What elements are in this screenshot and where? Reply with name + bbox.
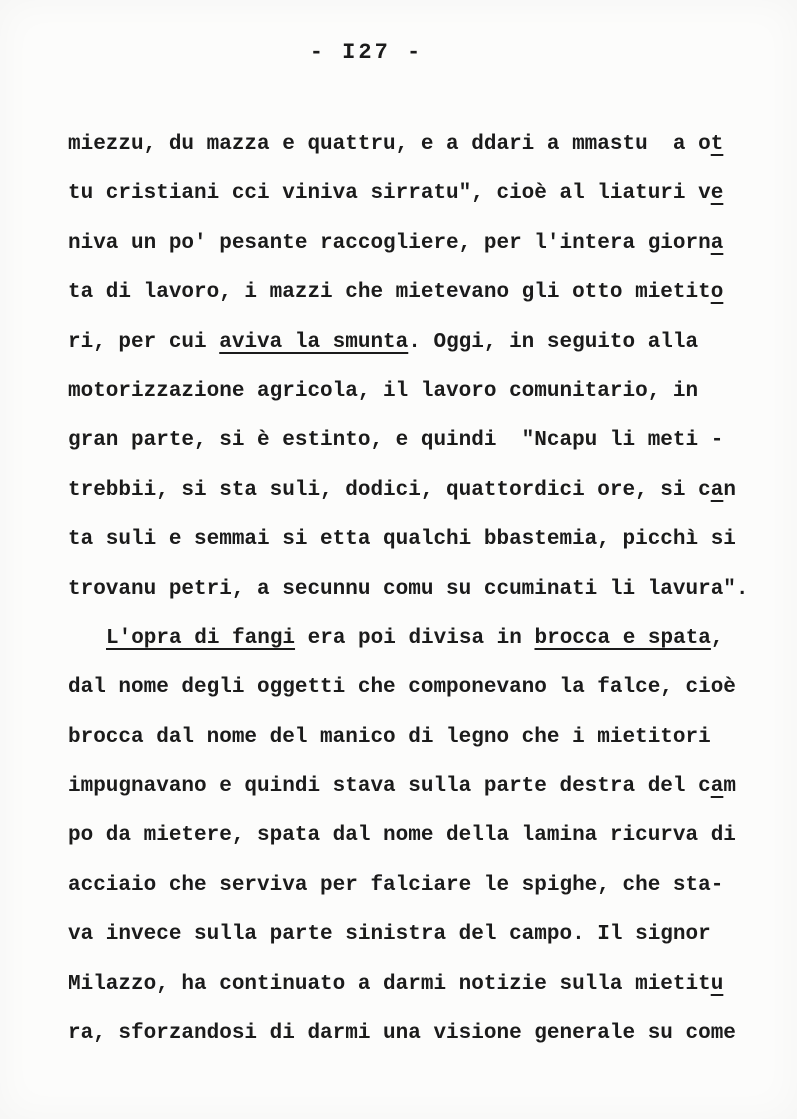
page-text: miezzu, du mazza e quattru, e a ddari a … xyxy=(68,120,748,1058)
text-segment: m xyxy=(723,775,736,798)
text-segment: acciaio che serviva per falciare le spig… xyxy=(68,874,723,897)
text-line: acciaio che serviva per falciare le spig… xyxy=(68,861,748,910)
text-line: ta suli e semmai si etta qualchi bbastem… xyxy=(68,515,748,564)
text-line: brocca dal nome del manico di legno che … xyxy=(68,713,748,762)
underlined-text-segment: a xyxy=(711,479,724,502)
text-segment: trovanu petri, a secunnu comu su ccumina… xyxy=(68,578,749,601)
text-line: ra, sforzandosi di darmi una visione gen… xyxy=(68,1009,748,1058)
text-line: trebbii, si sta suli, dodici, quattordic… xyxy=(68,466,748,515)
text-segment: . Oggi, in seguito alla xyxy=(408,331,698,354)
text-segment: n xyxy=(723,479,736,502)
text-line: trovanu petri, a secunnu comu su ccumina… xyxy=(68,565,748,614)
text-segment: ri, per cui xyxy=(68,331,219,354)
underlined-text-segment: aviva la smunta xyxy=(219,331,408,354)
text-line: miezzu, du mazza e quattru, e a ddari a … xyxy=(68,120,748,169)
underlined-text-segment: L'opra di fangi xyxy=(106,627,295,650)
text-line: po da mietere, spata dal nome della lami… xyxy=(68,811,748,860)
text-line: dal nome degli oggetti che componevano l… xyxy=(68,663,748,712)
document-page: - I27 - miezzu, du mazza e quattru, e a … xyxy=(0,0,797,1119)
text-line: tu cristiani cci viniva sirratu", cioè a… xyxy=(68,169,748,218)
text-line: ri, per cui aviva la smunta. Oggi, in se… xyxy=(68,318,748,367)
text-segment: era poi divisa in xyxy=(295,627,534,650)
page-number: - I27 - xyxy=(0,40,765,65)
text-segment: impugnavano e quindi stava sulla parte d… xyxy=(68,775,711,798)
underlined-text-segment: u xyxy=(711,973,724,996)
text-line: impugnavano e quindi stava sulla parte d… xyxy=(68,762,748,811)
text-line: motorizzazione agricola, il lavoro comun… xyxy=(68,367,748,416)
text-segment: brocca dal nome del manico di legno che … xyxy=(68,726,711,749)
text-segment: va invece sulla parte sinistra del campo… xyxy=(68,923,711,946)
underlined-text-segment: o xyxy=(711,281,724,304)
text-line: gran parte, si è estinto, e quindi "Ncap… xyxy=(68,416,748,465)
underlined-text-segment: e xyxy=(711,182,724,205)
text-segment: dal nome degli oggetti che componevano l… xyxy=(68,676,736,699)
text-segment: motorizzazione agricola, il lavoro comun… xyxy=(68,380,698,403)
text-line: Milazzo, ha continuato a darmi notizie s… xyxy=(68,960,748,1009)
text-segment: Milazzo, ha continuato a darmi notizie s… xyxy=(68,973,711,996)
text-line: ta di lavoro, i mazzi che mietevano gli … xyxy=(68,268,748,317)
text-segment: miezzu, du mazza e quattru, e a ddari a … xyxy=(68,133,711,156)
text-segment: po da mietere, spata dal nome della lami… xyxy=(68,824,736,847)
text-segment: , xyxy=(711,627,724,650)
text-line: niva un po' pesante raccogliere, per l'i… xyxy=(68,219,748,268)
text-line: va invece sulla parte sinistra del campo… xyxy=(68,910,748,959)
text-segment: ra, sforzandosi di darmi una visione gen… xyxy=(68,1022,736,1045)
text-segment: niva un po' pesante raccogliere, per l'i… xyxy=(68,232,711,255)
text-segment: ta di lavoro, i mazzi che mietevano gli … xyxy=(68,281,711,304)
underlined-text-segment: a xyxy=(711,775,724,798)
underlined-text-segment: brocca e spata xyxy=(534,627,710,650)
text-segment: gran parte, si è estinto, e quindi "Ncap… xyxy=(68,429,723,452)
text-segment: tu cristiani cci viniva sirratu", cioè a… xyxy=(68,182,711,205)
text-line: L'opra di fangi era poi divisa in brocca… xyxy=(68,614,748,663)
underlined-text-segment: t xyxy=(711,133,724,156)
text-segment: ta suli e semmai si etta qualchi bbastem… xyxy=(68,528,736,551)
underlined-text-segment: a xyxy=(711,232,724,255)
text-segment: trebbii, si sta suli, dodici, quattordic… xyxy=(68,479,711,502)
